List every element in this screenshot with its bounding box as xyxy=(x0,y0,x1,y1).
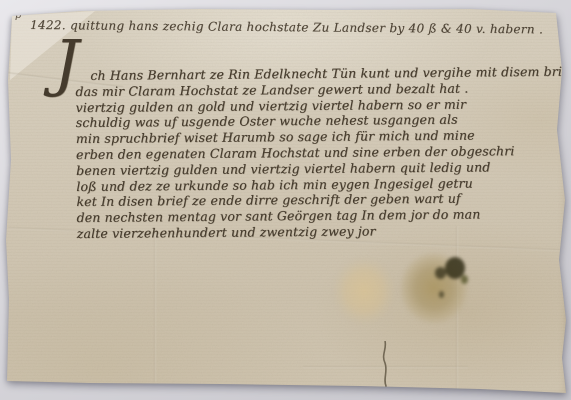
manuscript-photo: p 1422. quittung hans zechig Clara hochs… xyxy=(0,0,571,400)
seal-olive-fleck xyxy=(461,275,468,284)
wax-seal-remnant-left xyxy=(331,255,397,327)
wax-seal-remnant-right xyxy=(397,249,471,327)
paper-shadow: p 1422. quittung hans zechig Clara hochs… xyxy=(0,0,571,400)
paper-sheet: p 1422. quittung hans zechig Clara hochs… xyxy=(0,0,571,400)
fold-crease-vertical-left xyxy=(154,232,156,382)
paper-crack xyxy=(379,341,393,393)
seal-dark-spot xyxy=(435,267,446,279)
seal-dark-spot xyxy=(439,291,444,298)
body-text: ch Hans Bernhart ze Rin Edelknecht Tün k… xyxy=(75,64,536,242)
corner-mark: p xyxy=(15,11,21,21)
